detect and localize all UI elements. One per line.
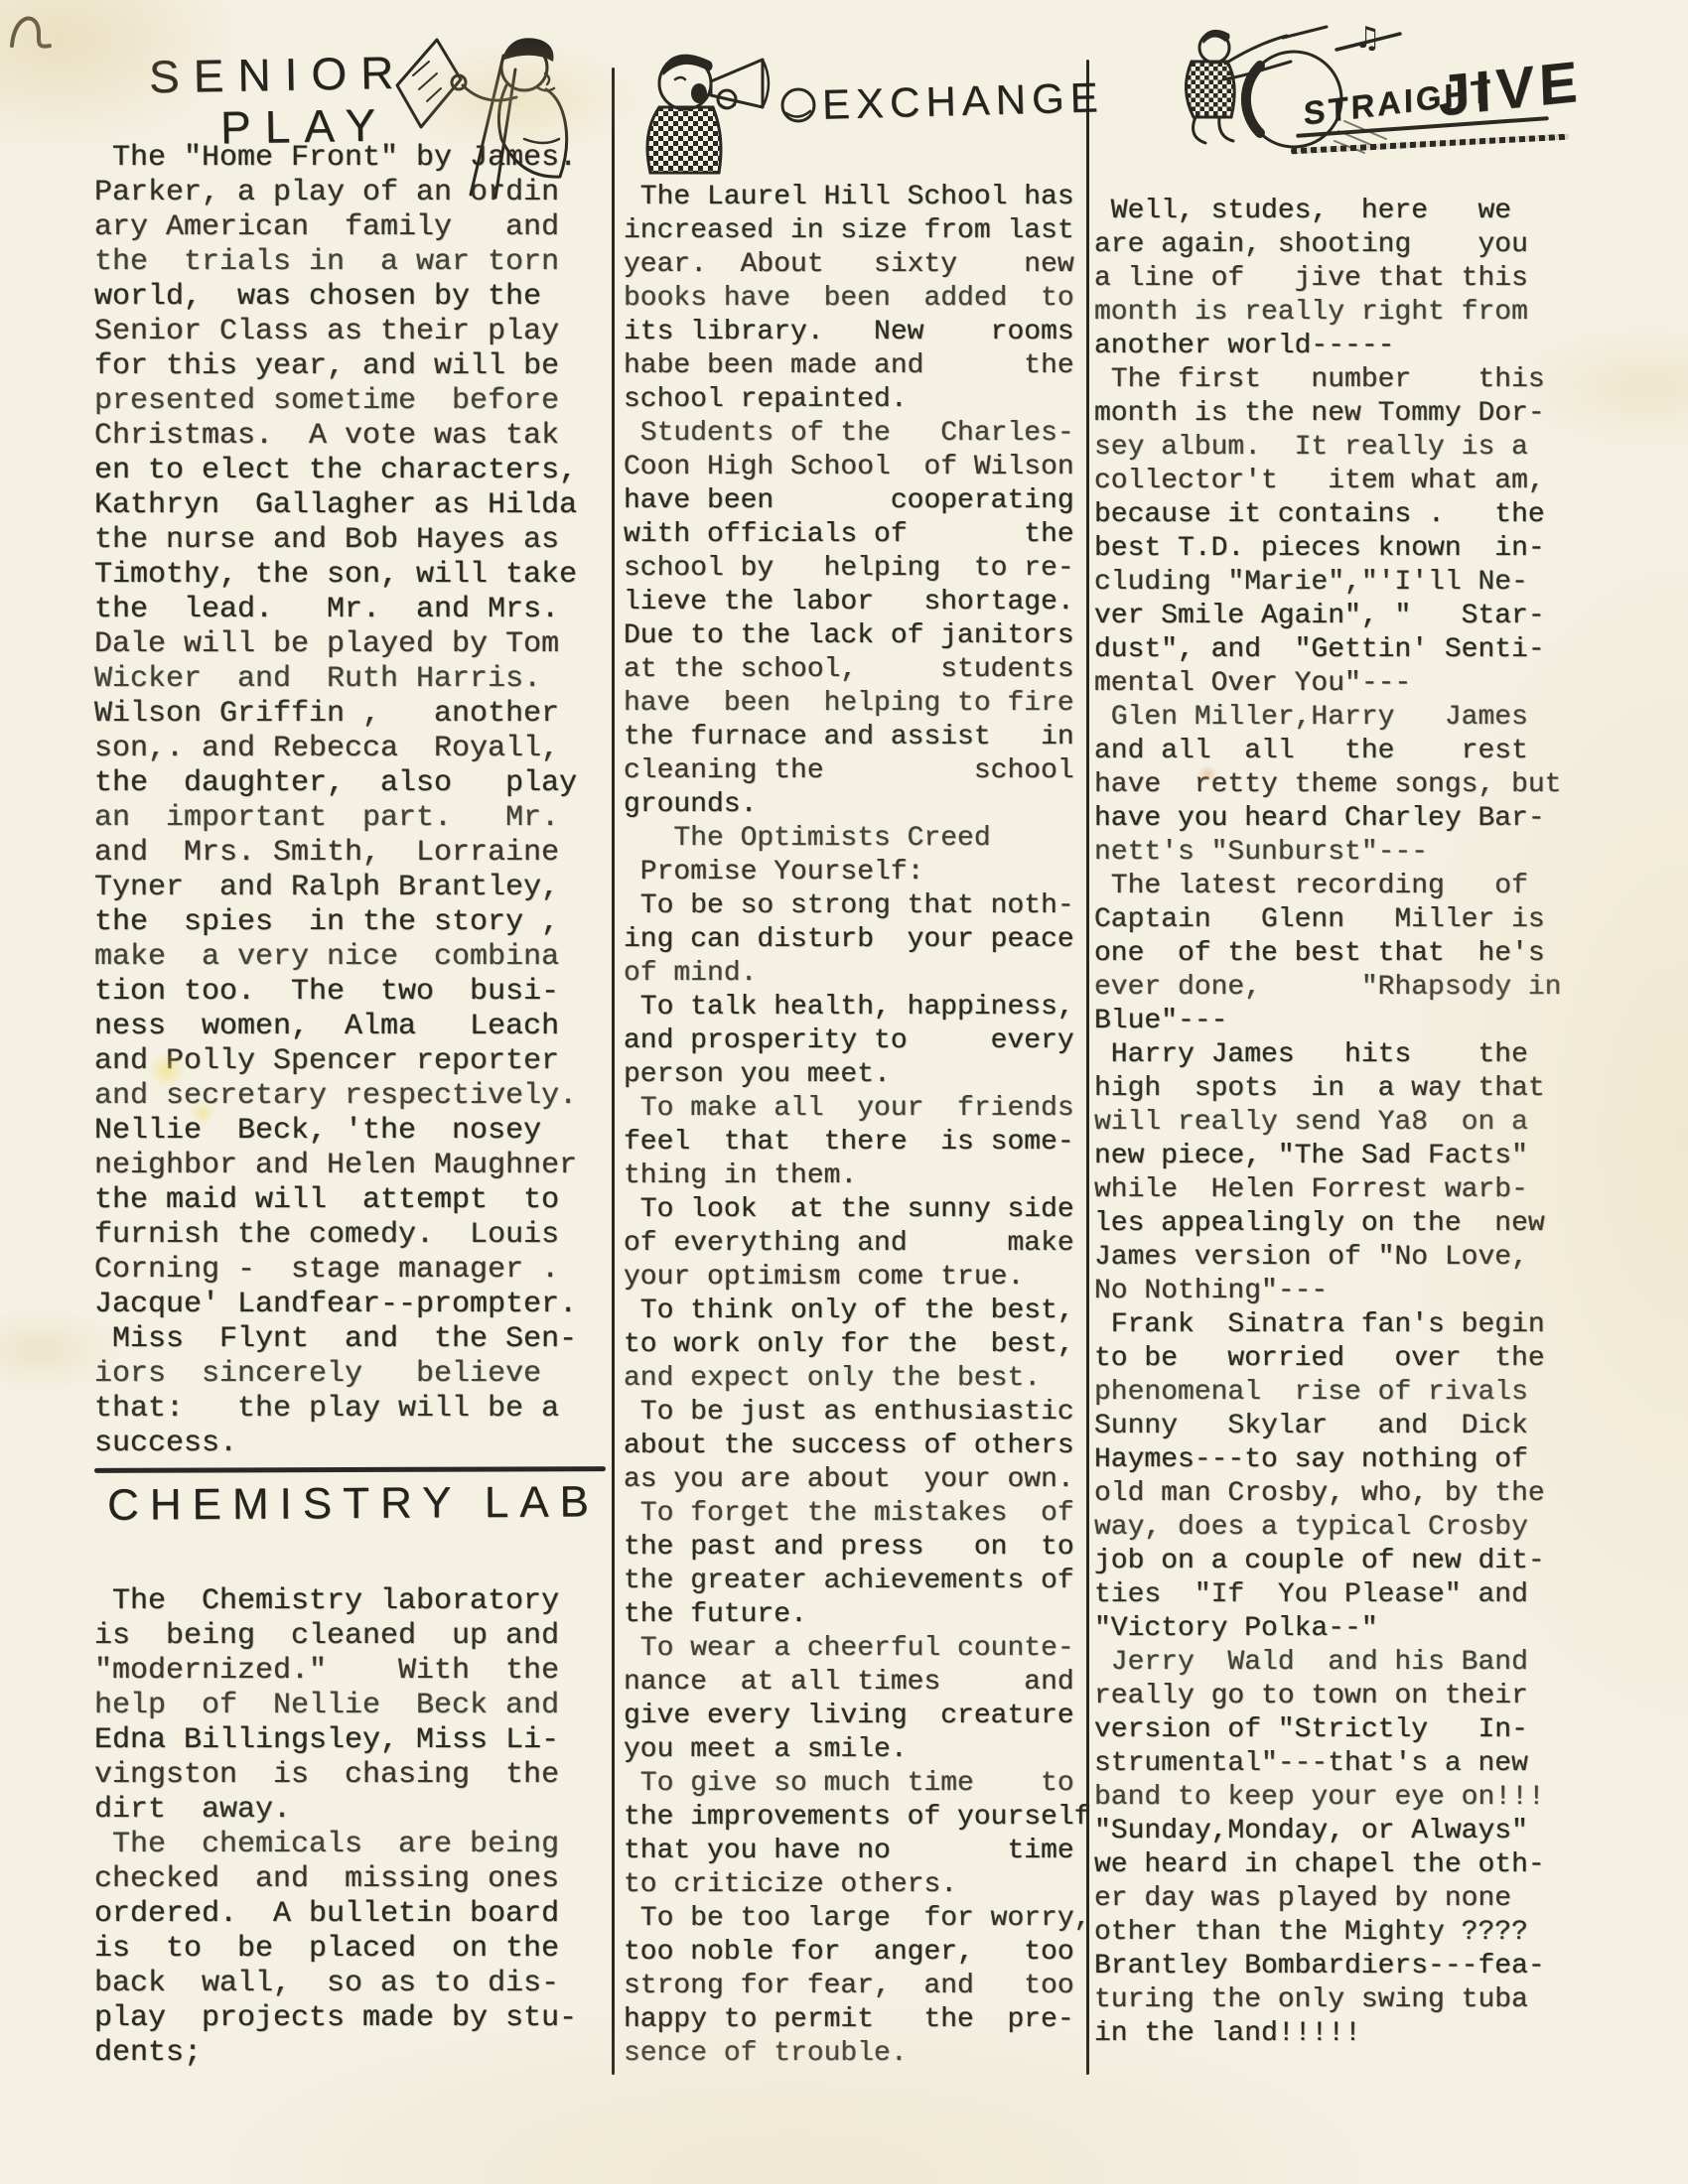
text-line: job on a couple of new dit- — [1094, 1545, 1566, 1578]
text-line: To be just as enthusiastic — [624, 1396, 1085, 1430]
text-line: The Laurel Hill School has — [624, 181, 1085, 214]
text-line: success. — [94, 1427, 611, 1461]
column-divider — [1086, 60, 1089, 2075]
text-line: Blue"--- — [1094, 1005, 1566, 1038]
text-line: the past and press on to — [624, 1531, 1085, 1565]
text-line: the spies in the story , — [94, 905, 611, 940]
text-line: Brantley Bombardiers---fea- — [1094, 1950, 1566, 1983]
text-line: Jerry Wald and his Band — [1094, 1646, 1566, 1680]
text-line: Haymes---to say nothing of — [1094, 1443, 1566, 1477]
text-line: ing can disturb your peace — [624, 923, 1085, 957]
text-line: No Nothing"--- — [1094, 1275, 1566, 1308]
newspaper-page: { "page": { "paper_color": "#f4f0e2", "i… — [0, 0, 1688, 2184]
text-line: another world----- — [1094, 330, 1566, 363]
text-line: To be so strong that noth- — [624, 889, 1085, 923]
text-line: will really send Ya8 on a — [1094, 1106, 1566, 1140]
senior-play-headline: PLAY — [220, 98, 390, 155]
text-line: Captain Glenn Miller is — [1094, 903, 1566, 937]
text-line: way, does a typical Crosby — [1094, 1511, 1566, 1545]
text-line: month is really right from — [1094, 296, 1566, 330]
text-line: new piece, "The Sad Facts" — [1094, 1140, 1566, 1173]
text-line: "Sunday,Monday, or Always" — [1094, 1815, 1566, 1848]
column-divider — [612, 68, 615, 2075]
text-line: high spots in a way that — [1094, 1072, 1566, 1106]
text-line: the greater achievements of — [624, 1565, 1085, 1598]
senior-play-headline: SENIOR — [149, 46, 408, 104]
text-line: Well, studes, here we — [1094, 195, 1566, 228]
text-line: are again, shooting you — [1094, 228, 1566, 262]
text-line: nance at all times and — [624, 1666, 1085, 1700]
text-line: grounds. — [624, 788, 1085, 822]
text-line: play projects made by stu- — [94, 2001, 611, 2036]
straight-jive-headline: JIVE — [1437, 48, 1583, 129]
text-line: Coon High School of Wilson — [624, 451, 1085, 484]
text-line: To be too large for worry, — [624, 1902, 1085, 1936]
text-line: To think only of the best, — [624, 1295, 1085, 1328]
text-line: the daughter, also play — [94, 766, 611, 801]
text-line: neighbor and Helen Maughner — [94, 1149, 611, 1183]
text-line: to criticize others. — [624, 1868, 1085, 1902]
text-line: is being cleaned up and — [94, 1619, 611, 1654]
text-line: To wear a cheerful counte- — [624, 1632, 1085, 1666]
text-line: sey album. It really is a — [1094, 431, 1566, 465]
text-line: back wall, so as to dis- — [94, 1967, 611, 2001]
text-line: The chemicals are being — [94, 1828, 611, 1862]
text-line: best T.D. pieces known in- — [1094, 532, 1566, 566]
text-line: Tyner and Ralph Brantley, — [94, 871, 611, 905]
text-line: ary American family and — [94, 210, 611, 245]
text-line: thing in them. — [624, 1160, 1085, 1193]
text-line: cleaning the school — [624, 754, 1085, 788]
text-line: of everything and make — [624, 1227, 1085, 1261]
text-line: and Mrs. Smith, Lorraine — [94, 836, 611, 871]
text-line: iors sincerely believe — [94, 1357, 611, 1392]
text-line: the furnace and assist in — [624, 721, 1085, 754]
text-line: lieve the labor shortage. — [624, 586, 1085, 619]
text-line: and expect only the best. — [624, 1362, 1085, 1396]
text-line: in the land!!!!! — [1094, 2017, 1566, 2051]
straight-jive-article: Well, studes, here weare again, shooting… — [1094, 195, 1566, 2051]
text-line: furnish the comedy. Louis — [94, 1218, 611, 1253]
chemistry-lab-article: The Chemistry laboratoryis being cleaned… — [94, 1584, 611, 2071]
text-line: turing the only swing tuba — [1094, 1983, 1566, 2017]
exchange-article: The Laurel Hill School hasincreased in s… — [624, 181, 1085, 2071]
text-line: mental Over You"--- — [1094, 667, 1566, 701]
text-line: one of the best that he's — [1094, 937, 1566, 971]
text-line: the nurse and Bob Hayes as — [94, 523, 611, 558]
text-line: The first number this — [1094, 363, 1566, 397]
text-line: To forget the mistakes of — [624, 1497, 1085, 1531]
text-line: To talk health, happiness, — [624, 991, 1085, 1024]
text-line: dust", and "Gettin' Senti- — [1094, 633, 1566, 667]
text-line: strumental"---that's a new — [1094, 1747, 1566, 1781]
text-line: To give so much time to — [624, 1767, 1085, 1801]
text-line: increased in size from last — [624, 214, 1085, 248]
text-line: really go to town on their — [1094, 1680, 1566, 1713]
text-line: year. About sixty new — [624, 248, 1085, 282]
chemistry-lab-headline: CHEMISTRY LAB — [107, 1477, 600, 1530]
text-line: feel that there is some- — [624, 1126, 1085, 1160]
text-line: Due to the lack of janitors — [624, 619, 1085, 653]
text-line: The Optimists Creed — [624, 822, 1085, 856]
text-line: To look at the sunny side — [624, 1193, 1085, 1227]
text-line: person you meet. — [624, 1058, 1085, 1092]
text-line: world, was chosen by the — [94, 280, 611, 315]
text-line: Kathryn Gallagher as Hilda — [94, 488, 611, 523]
text-line: Christmas. A vote was tak — [94, 419, 611, 454]
text-line: that: the play will be a — [94, 1392, 611, 1427]
text-line: Parker, a play of an ordin — [94, 176, 611, 210]
text-line: Promise Yourself: — [624, 856, 1085, 889]
text-line: dirt away. — [94, 1793, 611, 1828]
text-line: ver Smile Again", " Star- — [1094, 600, 1566, 633]
text-line: as you are about your own. — [624, 1463, 1085, 1497]
text-line: have been cooperating — [624, 484, 1085, 518]
text-line: cluding "Marie","'I'll Ne- — [1094, 566, 1566, 600]
text-line: the improvements of yourself — [624, 1801, 1085, 1835]
text-line: sence of trouble. — [624, 2037, 1085, 2071]
text-line: its library. New rooms — [624, 316, 1085, 349]
text-line: phenomenal rise of rivals — [1094, 1376, 1566, 1410]
text-line: and all all the rest — [1094, 735, 1566, 768]
text-line: Nellie Beck, 'the nosey — [94, 1114, 611, 1149]
text-line: Senior Class as their play — [94, 315, 611, 349]
text-line: vingston is chasing the — [94, 1758, 611, 1793]
text-line: old man Crosby, who, by the — [1094, 1477, 1566, 1511]
text-line: The latest recording of — [1094, 870, 1566, 903]
text-line: have been helping to fire — [624, 687, 1085, 721]
text-line: school by helping to re- — [624, 552, 1085, 586]
text-line: the trials in a war torn — [94, 245, 611, 280]
exchange-headline: EXCHANGE — [821, 73, 1104, 128]
svg-text:♫: ♫ — [1354, 22, 1381, 56]
text-line: to work only for the best, — [624, 1328, 1085, 1362]
text-line: you meet a smile. — [624, 1733, 1085, 1767]
text-line: is to be placed on the — [94, 1932, 611, 1967]
text-line: of mind. — [624, 957, 1085, 991]
text-line: collector't item what am, — [1094, 465, 1566, 498]
text-line: Glen Miller,Harry James — [1094, 701, 1566, 735]
text-line: the maid will attempt to — [94, 1183, 611, 1218]
text-line: happy to permit the pre- — [624, 2003, 1085, 2037]
text-line: we heard in chapel the oth- — [1094, 1848, 1566, 1882]
text-line: The Chemistry laboratory — [94, 1584, 611, 1619]
senior-play-article: The "Home Front" by James.Parker, a play… — [94, 141, 611, 1461]
text-line: a line of jive that this — [1094, 262, 1566, 296]
text-line: Corning - stage manager . — [94, 1253, 611, 1288]
text-line: give every living creature — [624, 1700, 1085, 1733]
text-line: "modernized." With the — [94, 1654, 611, 1689]
text-line: "Victory Polka--" — [1094, 1612, 1566, 1646]
text-line: band to keep your eye on!!! — [1094, 1781, 1566, 1815]
text-line: presented sometime before — [94, 384, 611, 419]
text-line: the future. — [624, 1598, 1085, 1632]
text-line: about the success of others — [624, 1430, 1085, 1463]
text-line: Timothy, the son, will take — [94, 558, 611, 593]
text-line: at the school, students — [624, 653, 1085, 687]
text-line: dents; — [94, 2036, 611, 2071]
text-line: Jacque' Landfear--prompter. — [94, 1288, 611, 1322]
text-line: with officials of the — [624, 518, 1085, 552]
text-line: Edna Billingsley, Miss Li- — [94, 1723, 611, 1758]
text-line: er day was played by none — [1094, 1882, 1566, 1916]
text-line: ever done, "Rhapsody in — [1094, 971, 1566, 1005]
text-line: Miss Flynt and the Sen- — [94, 1322, 611, 1357]
text-line: because it contains . the — [1094, 498, 1566, 532]
text-line: checked and missing ones — [94, 1862, 611, 1897]
text-line: nett's "Sunburst"--- — [1094, 836, 1566, 870]
text-line: les appealingly on the new — [1094, 1207, 1566, 1241]
text-line: and Polly Spencer reporter — [94, 1044, 611, 1079]
text-line: help of Nellie Beck and — [94, 1689, 611, 1723]
section-divider-rule — [94, 1466, 606, 1473]
text-line: to be worried over the — [1094, 1342, 1566, 1376]
text-line: and secretary respectively. — [94, 1079, 611, 1114]
text-line: strong for fear, and too — [624, 1970, 1085, 2003]
text-line: tion too. The two busi- — [94, 975, 611, 1010]
text-line: ness women, Alma Leach — [94, 1010, 611, 1044]
text-line: month is the new Tommy Dor- — [1094, 397, 1566, 431]
pen-scribble-mark — [4, 6, 73, 66]
text-line: the lead. Mr. and Mrs. — [94, 593, 611, 627]
text-line: Wicker and Ruth Harris. — [94, 662, 611, 697]
text-line: Sunny Skylar and Dick — [1094, 1410, 1566, 1443]
text-line: your optimism come true. — [624, 1261, 1085, 1295]
text-line: an important part. Mr. — [94, 801, 611, 836]
text-line: have you heard Charley Bar- — [1094, 802, 1566, 836]
text-line: son,. and Rebecca Royall, — [94, 732, 611, 766]
text-line: that you have no time — [624, 1835, 1085, 1868]
text-line: Frank Sinatra fan's begin — [1094, 1308, 1566, 1342]
text-line: have retty theme songs, but — [1094, 768, 1566, 802]
text-line: Dale will be played by Tom — [94, 627, 611, 662]
text-line: books have been added to — [624, 282, 1085, 316]
text-line: for this year, and will be — [94, 349, 611, 384]
text-line: To make all your friends — [624, 1092, 1085, 1126]
text-line: and prosperity to every — [624, 1024, 1085, 1058]
text-line: habe been made and the — [624, 349, 1085, 383]
text-line: version of "Strictly In- — [1094, 1713, 1566, 1747]
text-line: James version of "No Love, — [1094, 1241, 1566, 1275]
text-line: Students of the Charles- — [624, 417, 1085, 451]
text-line: school repainted. — [624, 383, 1085, 417]
text-line: other than the Mighty ???? — [1094, 1916, 1566, 1950]
text-line: ties "If You Please" and — [1094, 1578, 1566, 1612]
text-line: too noble for anger, too — [624, 1936, 1085, 1970]
megaphone-small-icon — [776, 83, 820, 127]
text-line: Harry James hits the — [1094, 1038, 1566, 1072]
text-line: en to elect the characters, — [94, 454, 611, 488]
text-line: while Helen Forrest warb- — [1094, 1173, 1566, 1207]
text-line: make a very nice combina — [94, 940, 611, 975]
text-line: ordered. A bulletin board — [94, 1897, 611, 1932]
text-line: Wilson Griffin , another — [94, 697, 611, 732]
